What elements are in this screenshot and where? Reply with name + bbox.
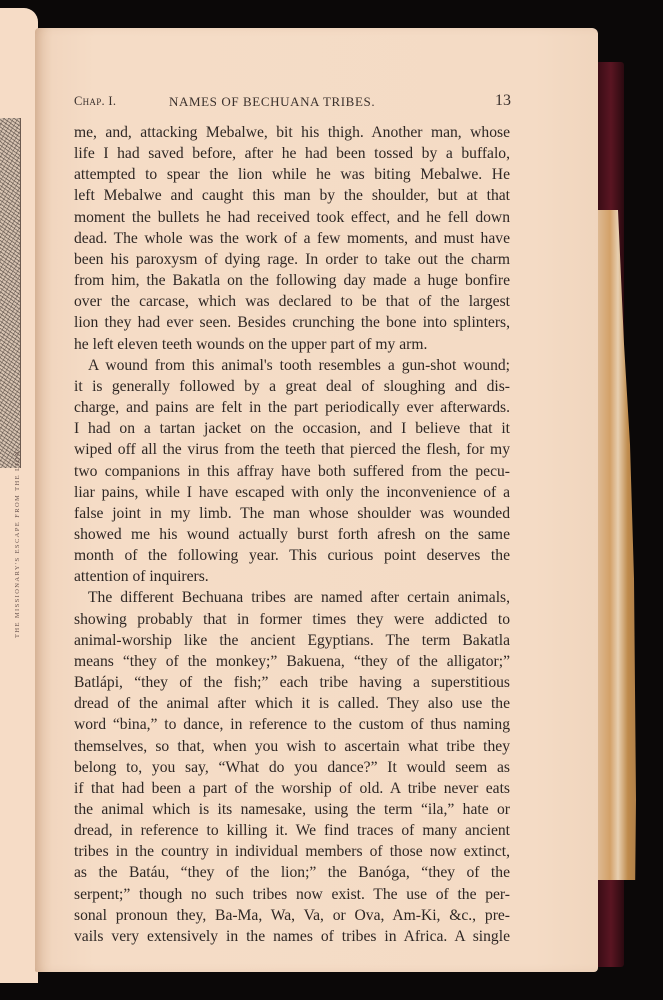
running-head: Chap. I. NAMES OF BECHUANA TRIBES. 13 <box>74 92 511 112</box>
facing-page: THE MISSIONARY'S ESCAPE FROM THE LION. <box>0 8 38 983</box>
text-line: means “they of the monkey;” Bakuena, “th… <box>74 651 510 672</box>
text-line: false joint in my limb. The man whose sh… <box>74 503 510 524</box>
text-line: life I had saved before, after he had be… <box>74 143 510 164</box>
text-line: vails very extensively in the names of t… <box>74 926 510 947</box>
text-line: belong to, you say, “What do you dance?”… <box>74 757 510 778</box>
engraving-illustration <box>0 118 21 468</box>
text-line: moment the bullets he had received took … <box>74 207 510 228</box>
text-line: sonal pronoun they, Ba-Ma, Wa, Va, or Ov… <box>74 905 510 926</box>
text-line: themselves, so that, when you wish to as… <box>74 736 510 757</box>
text-line: the animal which is its namesake, using … <box>74 799 510 820</box>
paragraph-start-line: A wound from this animal's tooth resembl… <box>74 355 510 376</box>
text-line: liar pains, while I have escaped with on… <box>74 482 510 503</box>
paragraph-start-line: The different Bechuana tribes are named … <box>74 587 510 608</box>
text-line: showed me his wound actually burst forth… <box>74 524 510 545</box>
plate-caption: THE MISSIONARY'S ESCAPE FROM THE LION. <box>14 447 21 638</box>
stained-leaf-edge <box>596 210 636 880</box>
text-line: month of the following year. This curiou… <box>74 545 510 566</box>
text-line: animal-worship like the ancient Egyptian… <box>74 630 510 651</box>
chapter-label: Chap. I. <box>74 94 116 109</box>
text-line: from him, the Bakatla on the following d… <box>74 270 510 291</box>
body-text: me, and, attacking Mebalwe, bit his thig… <box>74 122 510 947</box>
text-line: dread, in reference to killing it. We fi… <box>74 820 510 841</box>
page-number: 13 <box>495 92 511 110</box>
running-title: NAMES OF BECHUANA TRIBES. <box>169 94 375 110</box>
text-line: me, and, attacking Mebalwe, bit his thig… <box>74 122 510 143</box>
text-line: attention of inquirers. <box>74 566 510 587</box>
text-line: as the Batáu, “they of the lion;” the Ba… <box>74 862 510 883</box>
text-line: been his paroxysm of dying rage. In orde… <box>74 249 510 270</box>
text-line: wiped off all the virus from the teeth t… <box>74 439 510 460</box>
text-line: if that had been a part of the worship o… <box>74 778 510 799</box>
text-line: word “bina,” to dance, in reference to t… <box>74 714 510 735</box>
text-line: I had on a tartan jacket on the occasion… <box>74 418 510 439</box>
text-line: showing probably that in former times th… <box>74 609 510 630</box>
text-line: over the carcase, which was declared to … <box>74 291 510 312</box>
text-line: attempted to spear the lion while he was… <box>74 164 510 185</box>
text-line: it is generally followed by a great deal… <box>74 376 510 397</box>
text-line: lion they had ever seen. Besides crunchi… <box>74 312 510 333</box>
text-line: he left eleven teeth wounds on the upper… <box>74 334 510 355</box>
text-line: charge, and pains are felt in the part p… <box>74 397 510 418</box>
text-line: dread of the animal after which it is ca… <box>74 693 510 714</box>
text-line: serpent;” though no such tribes now exis… <box>74 884 510 905</box>
book-page: Chap. I. NAMES OF BECHUANA TRIBES. 13 me… <box>35 28 598 972</box>
text-line: Batlápi, “they of the fish;” each tribe … <box>74 672 510 693</box>
text-line: tribes in the country in individual memb… <box>74 841 510 862</box>
text-line: left Mebalwe and caught this man by the … <box>74 185 510 206</box>
text-line: two companions in this affray have both … <box>74 461 510 482</box>
text-line: dead. The whole was the work of a few mo… <box>74 228 510 249</box>
